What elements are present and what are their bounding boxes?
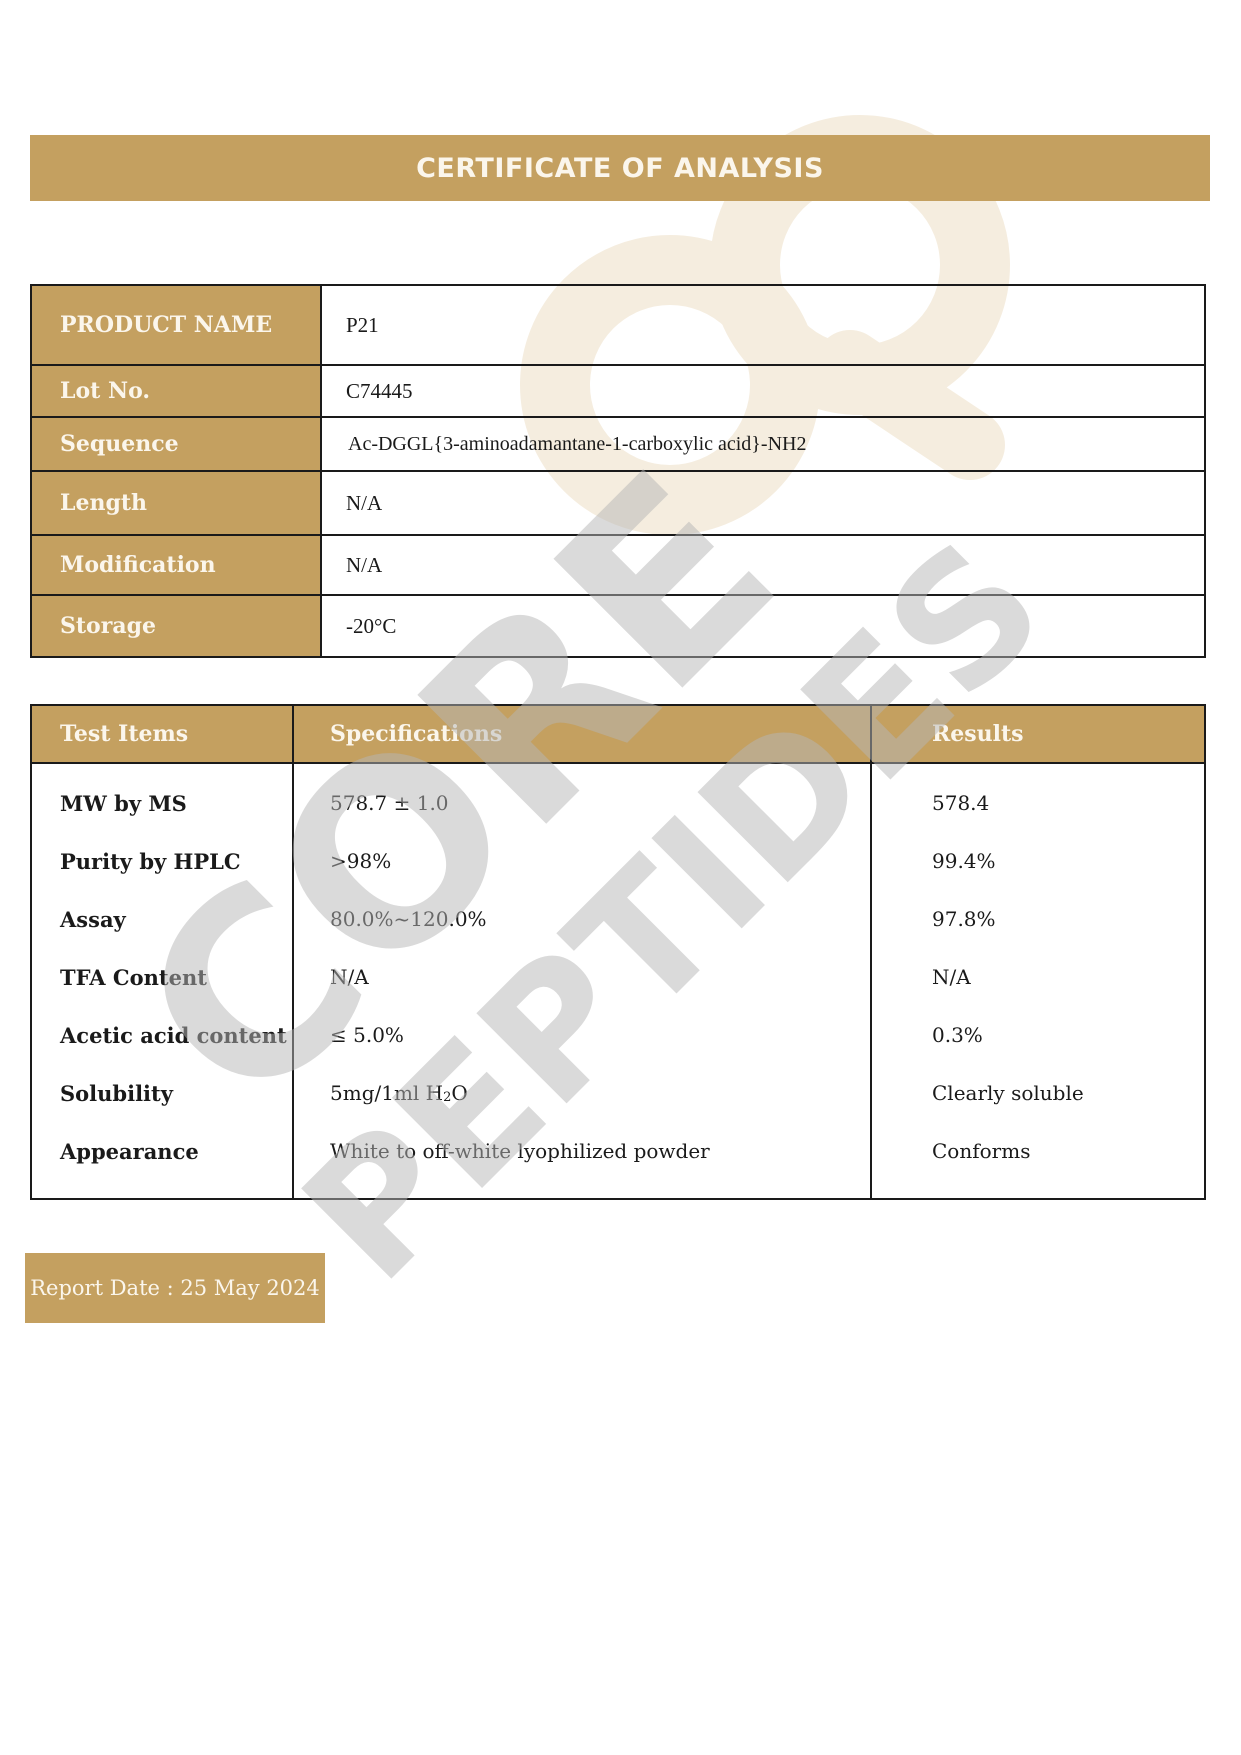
table-row: TFA Content N/A N/A: [31, 948, 1205, 1006]
test-result: N/A: [871, 948, 1205, 1006]
test-spec: 80.0%~120.0%: [293, 890, 871, 948]
table-row: Solubility 5mg/1ml H2O Clearly soluble: [31, 1064, 1205, 1122]
test-result: Conforms: [871, 1122, 1205, 1199]
test-spec: N/A: [293, 948, 871, 1006]
test-item: Assay: [31, 890, 293, 948]
test-spec: >98%: [293, 832, 871, 890]
table-row: MW by MS 578.7 ± 1.0 578.4: [31, 763, 1205, 832]
test-item: Solubility: [31, 1064, 293, 1122]
test-item: Appearance: [31, 1122, 293, 1199]
info-row-length: Length N/A: [31, 471, 1205, 535]
info-value: N/A: [321, 535, 1205, 595]
spec-text: 5mg/1ml H: [330, 1081, 443, 1105]
test-result: 99.4%: [871, 832, 1205, 890]
info-value: N/A: [321, 471, 1205, 535]
document-title: CERTIFICATE OF ANALYSIS: [30, 135, 1210, 201]
info-value: -20°C: [321, 595, 1205, 657]
test-result: 97.8%: [871, 890, 1205, 948]
info-label: Sequence: [31, 417, 321, 471]
info-label: Modification: [31, 535, 321, 595]
info-row-sequence: Sequence Ac-DGGL{3-aminoadamantane-1-car…: [31, 417, 1205, 471]
test-result: 0.3%: [871, 1006, 1205, 1064]
info-row-modification: Modification N/A: [31, 535, 1205, 595]
test-result: 578.4: [871, 763, 1205, 832]
table-row: Appearance White to off-white lyophilize…: [31, 1122, 1205, 1199]
product-info-table: PRODUCT NAME P21 Lot No. C74445 Sequence…: [30, 284, 1206, 658]
table-row: Assay 80.0%~120.0% 97.8%: [31, 890, 1205, 948]
test-results-table: Test Items Specifications Results MW by …: [30, 704, 1206, 1200]
table-row: Acetic acid content ≤ 5.0% 0.3%: [31, 1006, 1205, 1064]
info-row-lot: Lot No. C74445: [31, 365, 1205, 417]
test-table-header: Test Items Specifications Results: [31, 705, 1205, 763]
info-label: Length: [31, 471, 321, 535]
info-value: Ac-DGGL{3-aminoadamantane-1-carboxylic a…: [321, 417, 1205, 471]
report-date: Report Date : 25 May 2024: [25, 1253, 325, 1323]
spec-text: O: [451, 1081, 467, 1105]
info-label: Storage: [31, 595, 321, 657]
test-item: Purity by HPLC: [31, 832, 293, 890]
info-value: P21: [321, 285, 1205, 365]
info-label: PRODUCT NAME: [31, 285, 321, 365]
info-row-product-name: PRODUCT NAME P21: [31, 285, 1205, 365]
test-spec: White to off-white lyophilized powder: [293, 1122, 871, 1199]
info-label: Lot No.: [31, 365, 321, 417]
test-result: Clearly soluble: [871, 1064, 1205, 1122]
test-item: TFA Content: [31, 948, 293, 1006]
header-results: Results: [871, 705, 1205, 763]
test-spec: ≤ 5.0%: [293, 1006, 871, 1064]
test-spec: 5mg/1ml H2O: [293, 1064, 871, 1122]
info-row-storage: Storage -20°C: [31, 595, 1205, 657]
header-test-items: Test Items: [31, 705, 293, 763]
spec-subscript: 2: [443, 1090, 451, 1105]
info-value: C74445: [321, 365, 1205, 417]
test-spec: 578.7 ± 1.0: [293, 763, 871, 832]
test-item: MW by MS: [31, 763, 293, 832]
header-specifications: Specifications: [293, 705, 871, 763]
table-row: Purity by HPLC >98% 99.4%: [31, 832, 1205, 890]
test-item: Acetic acid content: [31, 1006, 293, 1064]
